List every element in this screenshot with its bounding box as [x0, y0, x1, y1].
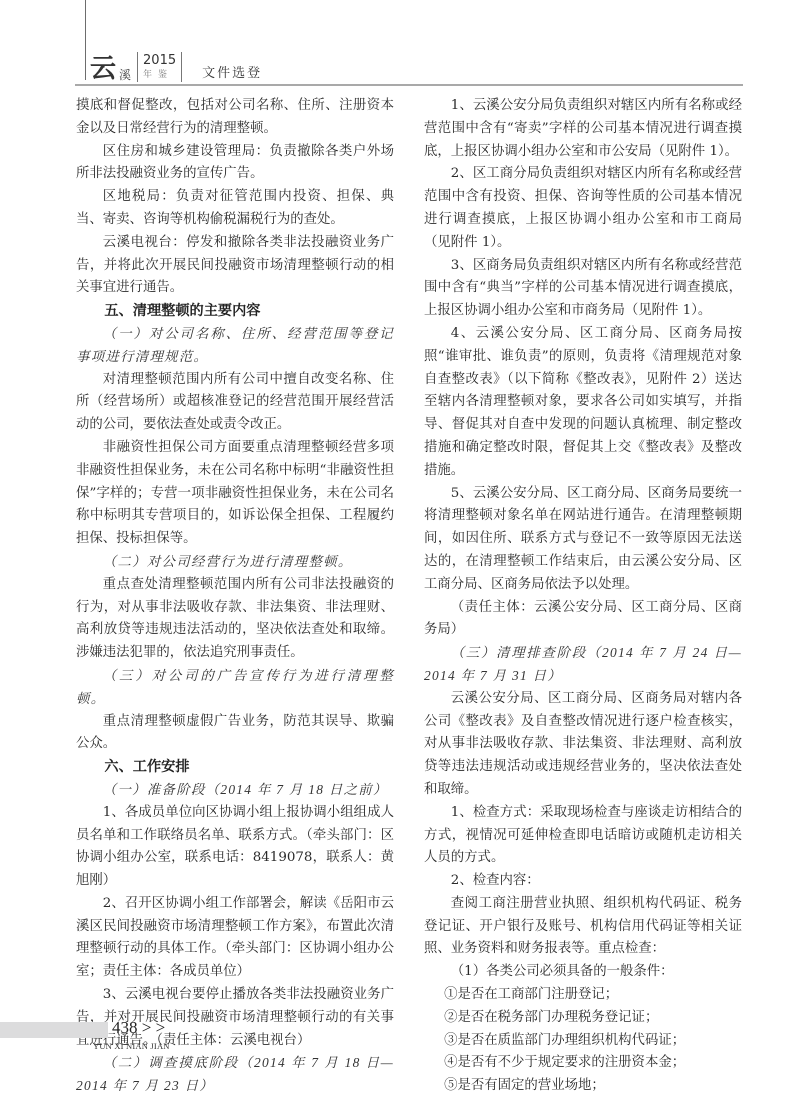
paragraph: 对清理整顿范围内所有公司中擅自改变名称、住所（经营场所）或超核准登记的经营范围开… [76, 369, 394, 437]
page-number: 438 > > [112, 1018, 165, 1038]
checklist-item: ④是否有不少于规定要求的注册资本金； [424, 1052, 742, 1075]
logo-character-xi: 溪 [119, 68, 131, 82]
subsection-heading: （二）调查摸底阶段（2014 年 7 月 18 日—2014 年 7 月 23 … [76, 1052, 394, 1098]
paragraph: 2、召开区协调小组工作部署会，解读《岳阳市云溪区民间投融资市场清理整顿工作方案》… [76, 893, 394, 984]
running-header: 云 溪 2015 年鉴 文件选登 [90, 48, 262, 82]
subsection-heading: （三）清理排查阶段（2014 年 7 月 24 日—2014 年 7 月 31 … [424, 642, 742, 688]
paragraph: 1、检查方式：采取现场检查与座谈走访相结合的方式，视情况可延伸检查即电话暗访或随… [424, 802, 742, 870]
section-title: 文件选登 [202, 66, 262, 82]
header-vertical-rule [85, 0, 86, 80]
paragraph: 区住房和城乡建设管理局：负责撤除各类户外场所非法投融资业务的宣传广告。 [76, 141, 394, 187]
year-label: 2015 [143, 53, 176, 68]
subsection-heading: （一）准备阶段（2014 年 7 月 18 日之前） [76, 779, 394, 802]
paragraph: 重点查处清理整顿范围内所有公司非法投融资的行为，对从事非法吸收存款、非法集资、非… [76, 574, 394, 665]
paragraph: 3、区商务局负责组织对辖区内所有名称或经营范围中含有“典当”字样的公司基本情况进… [424, 255, 742, 323]
subsection-heading: （二）对公司经营行为进行清理整顿。 [76, 551, 394, 574]
paragraph: 云溪公安分局、区工商分局、区商务局对辖内各公司《整改表》及自查整改情况进行逐户检… [424, 688, 742, 802]
yearbook-badge: 2015 年鉴 [138, 53, 181, 82]
paragraph: 查阅工商注册营业执照、组织机构代码证、税务登记证、开户银行及账号、机构信用代码证… [424, 893, 742, 961]
paragraph: 2、检查内容： [424, 870, 742, 893]
paragraph: 重点清理整顿虚假广告业务，防范其误导、欺骗公众。 [76, 711, 394, 757]
paragraph: 2、区工商分局负责组织对辖区内所有名称或经营范围中含有投资、担保、咨询等性质的公… [424, 163, 742, 254]
footer-gray-bar [0, 1022, 108, 1038]
paragraph: 1、云溪公安分局负责组织对辖区内所有名称或经营范围中含有“寄卖”字样的公司基本情… [424, 95, 742, 163]
checklist-item: ②是否在税务部门办理税务登记证； [424, 1007, 742, 1030]
yearbook-label: 年鉴 [143, 68, 176, 82]
paragraph: 云溪电视台：停发和撤除各类非法投融资业务广告，并将此次开展民间投融资市场清理整顿… [76, 232, 394, 300]
section-heading: 五、清理整顿的主要内容 [76, 300, 394, 323]
checklist-item: ①是否在工商部门注册登记； [424, 984, 742, 1007]
checklist-item: ③是否在质监部门办理组织机构代码证； [424, 1030, 742, 1053]
paragraph: （责任主体：云溪公安分局、区工商分局、区商务局） [424, 597, 742, 643]
paragraph: 非融资性担保公司方面要重点清理整顿经营多项非融资性担保业务，未在公司名称中标明“… [76, 437, 394, 551]
paragraph: 区地税局：负责对征管范围内投资、担保、典当、寄卖、咨询等机构偷税漏税行为的查处。 [76, 186, 394, 232]
paragraph: 5、云溪公安分局、区工商分局、区商务局要统一将清理整顿对象名单在网站进行通告。在… [424, 483, 742, 597]
left-column: 摸底和督促整改，包括对公司名称、住所、注册资本金以及日常经营行为的清理整顿。区住… [76, 95, 394, 1098]
paragraph: 1、各成员单位向区协调小组上报协调小组组成人员名单和工作联络员名单、联系方式。（… [76, 802, 394, 893]
logo-character-yun: 云 [90, 56, 116, 82]
right-column: 1、云溪公安分局负责组织对辖区内所有名称或经营范围中含有“寄卖”字样的公司基本情… [424, 95, 742, 1098]
publication-name: YUN XI NIAN JIAN [93, 1041, 170, 1051]
header-rule [75, 84, 743, 86]
paragraph: 4、云溪公安分局、区工商分局、区商务局按照“谁审批、谁负责”的原则，负责将《清理… [424, 323, 742, 483]
header-divider [181, 52, 182, 82]
subsection-heading: （一）对公司名称、住所、经营范围等登记事项进行清理规范。 [76, 323, 394, 369]
paragraph: （1）各类公司必须具备的一般条件： [424, 961, 742, 984]
section-heading: 六、工作安排 [76, 756, 394, 779]
paragraph-continuation: 摸底和督促整改，包括对公司名称、住所、注册资本金以及日常经营行为的清理整顿。 [76, 95, 394, 141]
checklist-item: ⑤是否有固定的营业场地； [424, 1075, 742, 1098]
subsection-heading: （三）对公司的广告宣传行为进行清理整顿。 [76, 665, 394, 711]
